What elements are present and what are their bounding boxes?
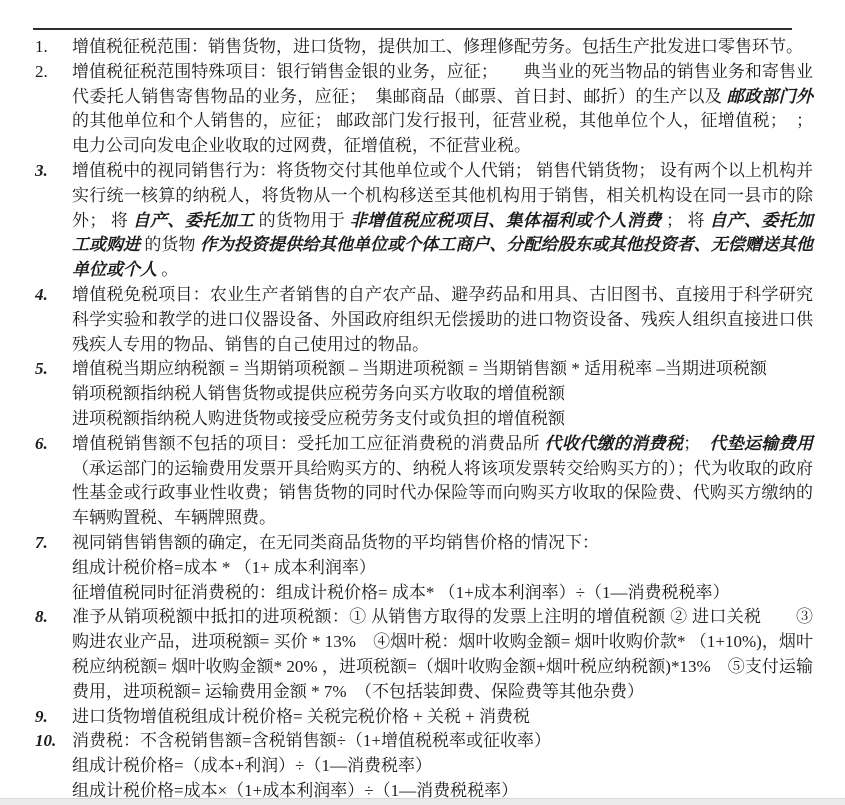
text-run: 征增值税同时征消费税的：组成计税价格= 成本* （1+成本利润率）÷（1—消费税… [72,583,730,602]
paragraph: 增值税销售额不包括的项目：受托加工应征消费税的消费品所 代收代缴的消费税； 代垫… [72,432,813,531]
item-text: 进口货物增值税组成计税价格= 关税完税价格 + 关税 + 消费税 [72,705,813,730]
emphasis-text-run: 自产、委托加工 [133,211,254,230]
item-number: 1. [35,35,72,60]
paragraph: 增值税征税范围特殊项目：银行销售金银的业务，应征； 典当业的死当物品的销售业务和… [72,60,813,159]
paragraph: 进口货物增值税组成计税价格= 关税完税价格 + 关税 + 消费税 [72,705,813,730]
paragraph: 进项税额指纳税人购进货物或接受应税劳务支付或负担的增值税额 [72,407,813,432]
item-number: 10. [35,729,72,754]
item-text: 视同销售销售额的确定，在无同类商品货物的平均销售价格的情况下：组成计税价格=成本… [72,531,813,605]
paragraph: 征增值税同时征消费税的：组成计税价格= 成本* （1+成本利润率）÷（1—消费税… [72,581,813,606]
top-rule-divider [33,28,792,30]
list-item: 3. 增值税中的视同销售行为：将货物交付其他单位或个人代销； 销售代销货物； 设… [35,159,813,283]
text-run: ； 将 [661,211,709,230]
paragraph: 增值税征税范围：销售货物，进口货物，提供加工、修理修配劳务。包括生产批发进口零售… [72,35,813,60]
list-item: 5. 增值税当期应纳税额 = 当期销项税额 – 当期进项税额 = 当期销售额 *… [35,357,813,431]
text-run: 销项税额指纳税人销售货物或提供应税劳务向买方收取的增值税额 [72,384,565,403]
page-bottom-edge [0,798,845,805]
text-run: ； [683,434,709,453]
emphasis-text-run: 代垫运输费用 [709,434,813,453]
item-text: 准予从销项税额中抵扣的进项税额：① 从销售方取得的发票上注明的增值税额 ② 进口… [72,605,813,704]
text-run: 的其他单位和个人销售的，应征； 邮政部门发行报刊，征营业税，其他单位个人，征增值… [72,111,813,155]
text-run: 的货物 [140,235,200,254]
item-text: 增值税免税项目：农业生产者销售的自产农产品、避孕药品和用具、古旧图书、直接用于科… [72,283,813,357]
item-text: 消费税：不含税销售额=含税销售额÷（1+增值税税率或征收率）组成计税价格=（成本… [72,729,813,803]
text-run: 。 [157,260,178,279]
paragraph: 增值税免税项目：农业生产者销售的自产农产品、避孕药品和用具、古旧图书、直接用于科… [72,283,813,357]
item-list: 1. 增值税征税范围：销售货物，进口货物，提供加工、修理修配劳务。包括生产批发进… [35,35,813,804]
item-text: 增值税销售额不包括的项目：受托加工应征消费税的消费品所 代收代缴的消费税； 代垫… [72,432,813,531]
text-run: 组成计税价格=（成本+利润）÷（1—消费税率） [72,756,432,775]
emphasis-text-run: 代收代缴的消费税 [545,434,684,453]
item-number: 7. [35,531,72,556]
item-number: 2. [35,60,72,85]
list-item: 2. 增值税征税范围特殊项目：银行销售金银的业务，应征； 典当业的死当物品的销售… [35,60,813,159]
paragraph: 增值税当期应纳税额 = 当期销项税额 – 当期进项税额 = 当期销售额 * 适用… [72,357,813,382]
list-item: 9. 进口货物增值税组成计税价格= 关税完税价格 + 关税 + 消费税 [35,705,813,730]
paragraph: 销项税额指纳税人销售货物或提供应税劳务向买方收取的增值税额 [72,382,813,407]
paragraph: 组成计税价格=成本 * （1+ 成本利润率） [72,556,813,581]
item-number: 6. [35,432,72,457]
list-item: 10. 消费税：不含税销售额=含税销售额÷（1+增值税税率或征收率）组成计税价格… [35,729,813,803]
paragraph: 消费税：不含税销售额=含税销售额÷（1+增值税税率或征收率） [72,729,813,754]
text-run: 的货物用于 [254,211,350,230]
paragraph: 视同销售销售额的确定，在无同类商品货物的平均销售价格的情况下： [72,531,813,556]
text-run: （承运部门的运输费用发票开具给购买方的、纳税人将该项发票转交给购买方的）；代为收… [72,459,813,528]
paragraph: 准予从销项税额中抵扣的进项税额：① 从销售方取得的发票上注明的增值税额 ② 进口… [72,605,813,704]
item-text: 增值税当期应纳税额 = 当期销项税额 – 当期进项税额 = 当期销售额 * 适用… [72,357,813,431]
item-text: 增值税中的视同销售行为：将货物交付其他单位或个人代销； 销售代销货物； 设有两个… [72,159,813,283]
paragraph: 增值税中的视同销售行为：将货物交付其他单位或个人代销； 销售代销货物； 设有两个… [72,159,813,283]
list-item: 1. 增值税征税范围：销售货物，进口货物，提供加工、修理修配劳务。包括生产批发进… [35,35,813,60]
text-run: 增值税销售额不包括的项目：受托加工应征消费税的消费品所 [72,434,545,453]
document-page: 1. 增值税征税范围：销售货物，进口货物，提供加工、修理修配劳务。包括生产批发进… [0,0,845,805]
text-run: 增值税征税范围：销售货物，进口货物，提供加工、修理修配劳务。包括生产批发进口零售… [72,37,803,56]
text-run: 增值税当期应纳税额 = 当期销项税额 – 当期进项税额 = 当期销售额 * 适用… [72,359,767,378]
text-run: 消费税：不含税销售额=含税销售额÷（1+增值税税率或征收率） [72,731,551,750]
text-run: 增值税免税项目：农业生产者销售的自产农产品、避孕药品和用具、古旧图书、直接用于科… [72,285,813,354]
item-number: 5. [35,357,72,382]
text-run: 准予从销项税额中抵扣的进项税额：① 从销售方取得的发票上注明的增值税额 ② 进口… [72,607,813,700]
list-item: 4. 增值税免税项目：农业生产者销售的自产农产品、避孕药品和用具、古旧图书、直接… [35,283,813,357]
text-run: 视同销售销售额的确定，在无同类商品货物的平均销售价格的情况下： [72,533,599,552]
emphasis-text-run: 邮政部门外 [727,87,813,106]
item-number: 8. [35,605,72,630]
list-item: 8. 准予从销项税额中抵扣的进项税额：① 从销售方取得的发票上注明的增值税额 ②… [35,605,813,704]
text-run: 进口货物增值税组成计税价格= 关税完税价格 + 关税 + 消费税 [72,707,530,726]
item-text: 增值税征税范围特殊项目：银行销售金银的业务，应征； 典当业的死当物品的销售业务和… [72,60,813,159]
text-run: 增值税征税范围特殊项目：银行销售金银的业务，应征； 典当业的死当物品的销售业务和… [72,62,813,106]
list-item: 7. 视同销售销售额的确定，在无同类商品货物的平均销售价格的情况下：组成计税价格… [35,531,813,605]
document-body: 1. 增值税征税范围：销售货物，进口货物，提供加工、修理修配劳务。包括生产批发进… [35,35,813,804]
item-number: 4. [35,283,72,308]
list-item: 6. 增值税销售额不包括的项目：受托加工应征消费税的消费品所 代收代缴的消费税；… [35,432,813,531]
text-run: 进项税额指纳税人购进货物或接受应税劳务支付或负担的增值税额 [72,409,565,428]
item-number: 3. [35,159,72,184]
text-run: 组成计税价格=成本 * （1+ 成本利润率） [72,558,376,577]
paragraph: 组成计税价格=（成本+利润）÷（1—消费税率） [72,754,813,779]
emphasis-text-run: 非增值税应税项目、集体福利或个人消费 [350,211,662,230]
item-number: 9. [35,705,72,730]
item-text: 增值税征税范围：销售货物，进口货物，提供加工、修理修配劳务。包括生产批发进口零售… [72,35,813,60]
